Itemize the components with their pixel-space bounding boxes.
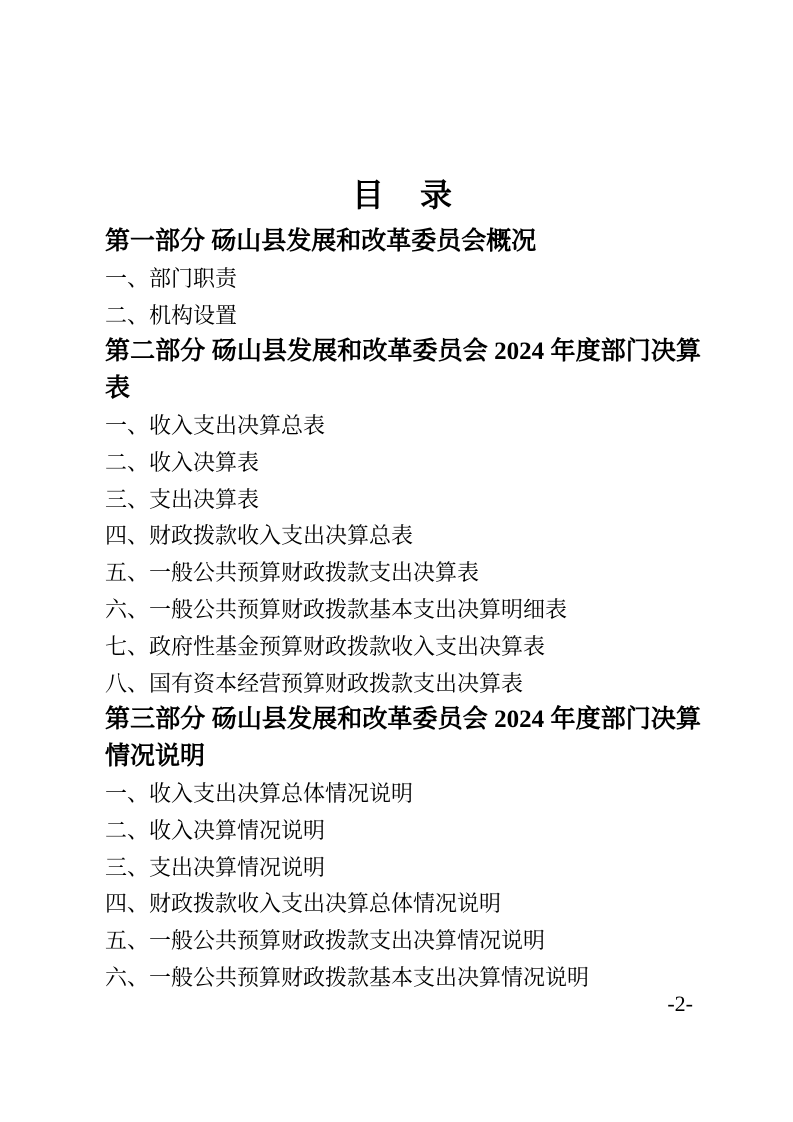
section-3-heading: 第三部分 砀山县发展和改革委员会 2024 年度部门决算情况说明 — [105, 702, 701, 776]
toc-item: 二、收入决算表 — [105, 445, 701, 482]
toc-item: 五、一般公共预算财政拨款支出决算情况说明 — [105, 923, 701, 960]
document-page: 目 录 第一部分 砀山县发展和改革委员会概况 一、部门职责 二、机构设置 第二部… — [0, 0, 793, 1122]
toc-item: 三、支出决算表 — [105, 482, 701, 519]
section-1-heading: 第一部分 砀山县发展和改革委员会概况 — [105, 224, 701, 261]
toc-item: 四、财政拨款收入支出决算总表 — [105, 518, 701, 555]
toc-section-2: 第二部分 砀山县发展和改革委员会 2024 年度部门决算表 一、收入支出决算总表… — [105, 334, 701, 702]
page-number: -2- — [667, 991, 693, 1017]
toc-item: 二、机构设置 — [105, 298, 701, 335]
toc-item: 七、政府性基金预算财政拨款收入支出决算表 — [105, 629, 701, 666]
toc-item: 六、一般公共预算财政拨款基本支出决算明细表 — [105, 592, 701, 629]
toc-item: 八、国有资本经营预算财政拨款支出决算表 — [105, 666, 701, 703]
toc-item: 四、财政拨款收入支出决算总体情况说明 — [105, 886, 701, 923]
toc-section-3: 第三部分 砀山县发展和改革委员会 2024 年度部门决算情况说明 一、收入支出决… — [105, 702, 701, 996]
toc-item: 六、一般公共预算财政拨款基本支出决算情况说明 — [105, 960, 701, 997]
toc-item: 五、一般公共预算财政拨款支出决算表 — [105, 555, 701, 592]
toc-item: 一、收入支出决算总表 — [105, 408, 701, 445]
toc-section-1: 第一部分 砀山县发展和改革委员会概况 一、部门职责 二、机构设置 — [105, 224, 701, 334]
toc-item: 二、收入决算情况说明 — [105, 813, 701, 850]
toc-item: 三、支出决算情况说明 — [105, 850, 701, 887]
toc-content: 目 录 第一部分 砀山县发展和改革委员会概况 一、部门职责 二、机构设置 第二部… — [105, 176, 701, 997]
toc-item: 一、部门职责 — [105, 261, 701, 298]
page-title: 目 录 — [105, 176, 701, 214]
toc-item: 一、收入支出决算总体情况说明 — [105, 776, 701, 813]
section-2-heading: 第二部分 砀山县发展和改革委员会 2024 年度部门决算表 — [105, 334, 701, 408]
